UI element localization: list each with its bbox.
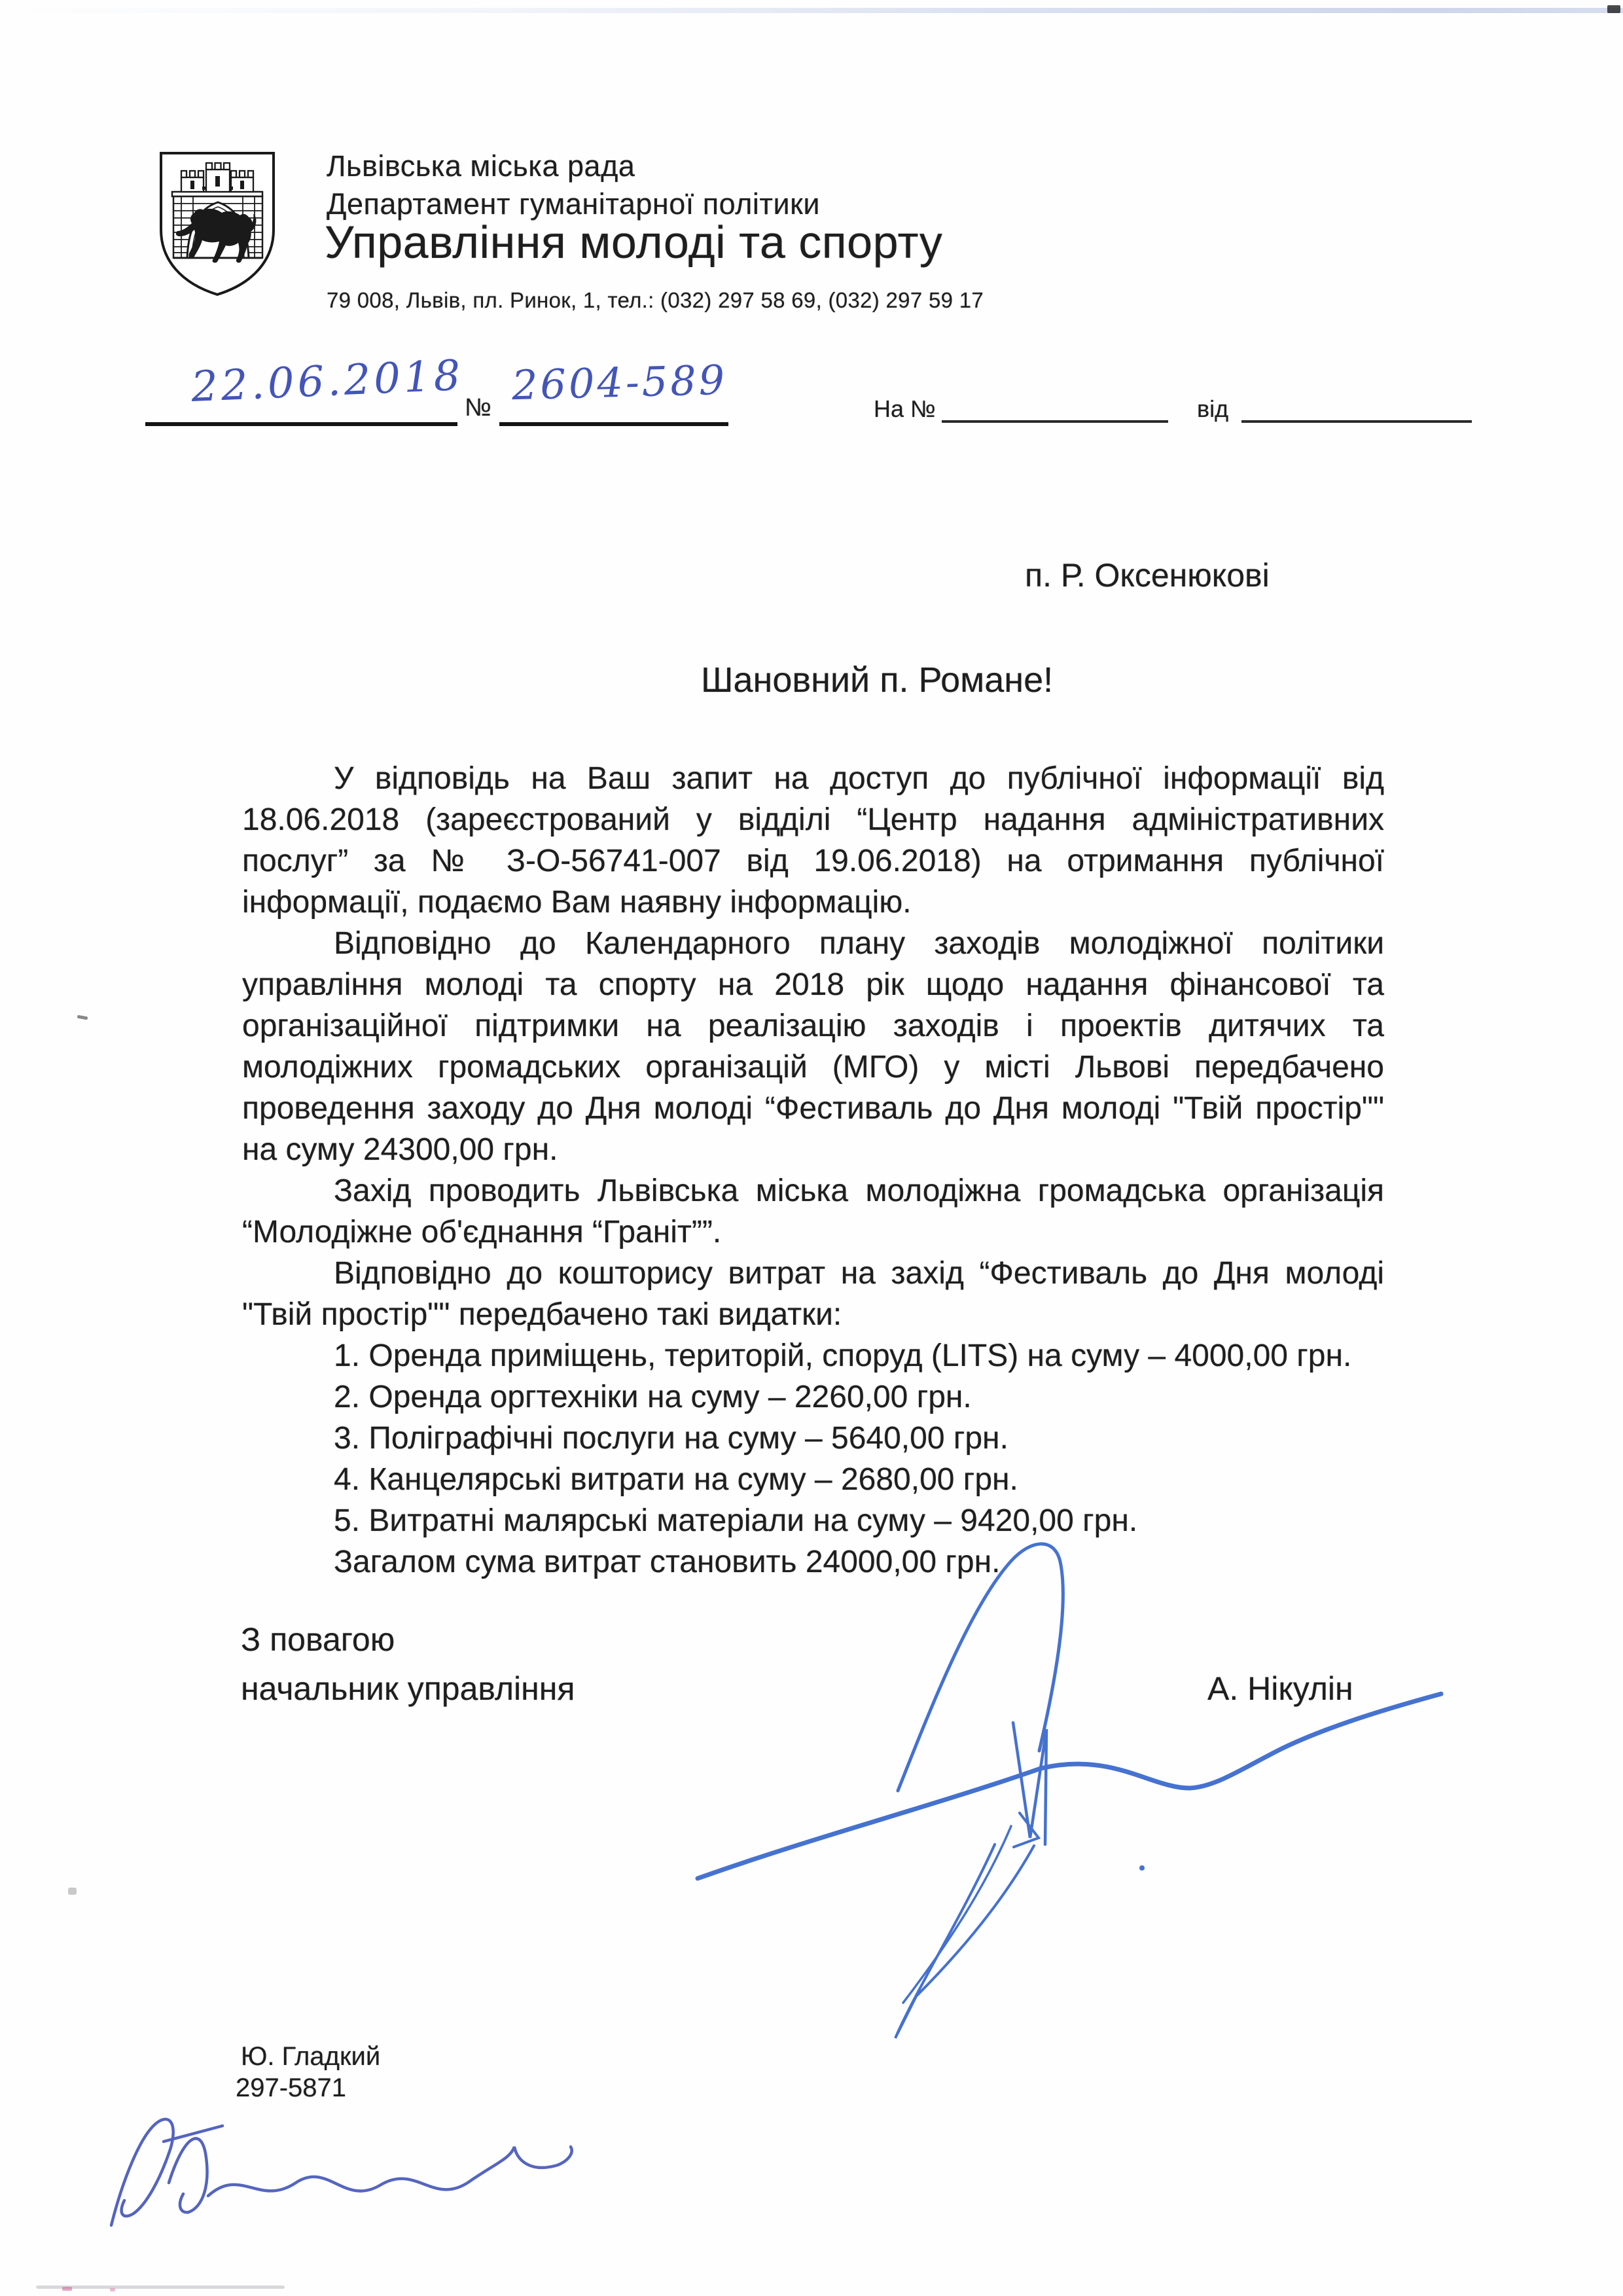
- org-address-phone: 79 008, Львів, пл. Ринок, 1, тел.: (032)…: [327, 288, 984, 313]
- margin-speck: [68, 1888, 77, 1895]
- paragraph-calendar-plan: Відповідно до Календарного плану заходів…: [242, 923, 1384, 1170]
- salutation: Шановний п. Романе!: [701, 660, 1053, 700]
- number-underline: [499, 422, 728, 426]
- paragraph-intro: У відповідь на Ваш запит на доступ до пу…: [242, 758, 1384, 923]
- scan-speck: [62, 2287, 72, 2291]
- reply-from-date-blank-line: [1241, 420, 1472, 423]
- expense-item: 1. Оренда приміщень, територій, споруд (…: [242, 1335, 1384, 1376]
- handwritten-outgoing-number: 2604-589: [511, 356, 728, 410]
- signature-hladkyi: [85, 2068, 596, 2265]
- margin-speck: [77, 1015, 88, 1020]
- paragraph-organizer: Захід проводить Львівська міська молодіж…: [242, 1170, 1384, 1253]
- scan-bottom-artifact: [36, 2286, 285, 2289]
- paragraph-budget-intro: Відповідно до кошторису витрат на захід …: [242, 1253, 1384, 1335]
- reply-from-date-label: від: [1197, 395, 1228, 423]
- org-name-office: Управління молоді та спорту: [325, 216, 942, 268]
- closing-regards: З повагою: [241, 1621, 395, 1659]
- signature-nikulin: [654, 1532, 1505, 2068]
- reply-to-number-label: На №: [874, 395, 936, 423]
- number-sign-label: №: [465, 394, 491, 422]
- addressee: п. Р. Оксенюкові: [1025, 556, 1270, 594]
- date-underline: [145, 422, 457, 426]
- org-name-council: Львівська міська рада: [327, 149, 635, 183]
- executor-name: Ю. Гладкий: [241, 2042, 380, 2072]
- lviv-coat-of-arms-icon: [159, 151, 276, 297]
- scanned-letter-page: Львівська міська рада Департамент гумані…: [0, 0, 1623, 2296]
- expense-item: 2. Оренда оргтехніки на суму – 2260,00 г…: [242, 1376, 1384, 1418]
- scan-streak-artifact: [0, 8, 1623, 13]
- scan-edge-mark: [1607, 5, 1620, 13]
- expense-item: 4. Канцелярські витрати на суму – 2680,0…: [242, 1459, 1384, 1500]
- expense-item: 3. Поліграфічні послуги на суму – 5640,0…: [242, 1418, 1384, 1459]
- signer-position: начальник управління: [241, 1670, 575, 1708]
- reply-to-number-blank-line: [942, 420, 1168, 423]
- scan-speck: [110, 2288, 115, 2291]
- handwritten-date: 22.06.2018: [190, 351, 465, 412]
- letter-body: У відповідь на Ваш запит на доступ до пу…: [242, 758, 1384, 1583]
